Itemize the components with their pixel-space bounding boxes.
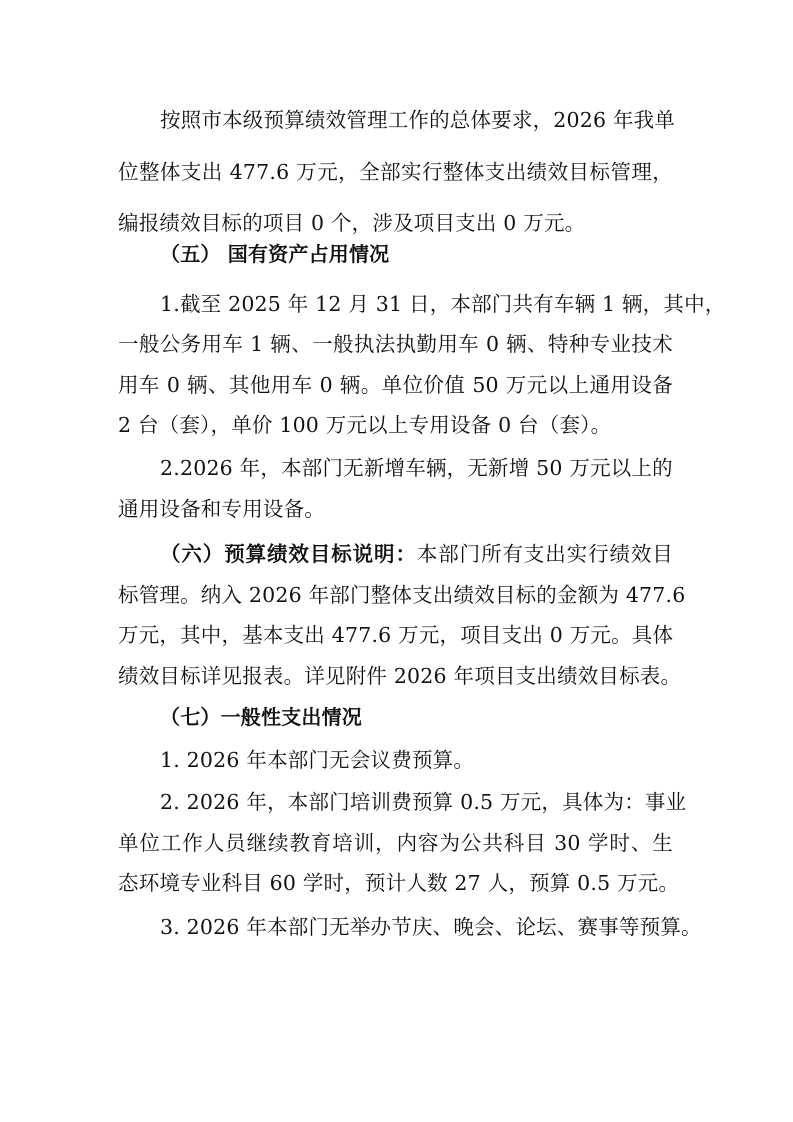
section-7-item-3-line-1: 3. 2026 年本部门无举办节庆、晚会、论坛、赛事等预算。 — [160, 913, 720, 941]
paragraph-performance-intro-line-2: 位整体支出 477.6 万元，全部实行整体支出绩效目标管理， — [118, 158, 673, 186]
section-7-item-2-line-2: 单位工作人员继续教育培训，内容为公共科目 30 学时、生 — [118, 829, 673, 857]
section-6-line-3: 万元，其中，基本支出 477.6 万元，项目支出 0 万元。具体 — [118, 621, 673, 649]
section-6-line-1: （六）预算绩效目标说明：本部门所有支出实行绩效目 — [160, 540, 673, 568]
section-5-item-1-line-1: 1.截至 2025 年 12 月 31 日，本部门共有车辆 1 辆，其中， — [160, 290, 673, 318]
section-5-item-2-line-1: 2.2026 年，本部门无新增车辆，无新增 50 万元以上的 — [160, 454, 720, 482]
section-6-heading: （六）预算绩效目标说明： — [160, 542, 417, 566]
section-5-item-2-line-2: 通用设备和专用设备。 — [118, 495, 678, 523]
section-7-item-2-line-3: 态环境专业科目 60 学时，预计人数 27 人，预算 0.5 万元。 — [118, 869, 678, 897]
section-7-heading: （七）一般性支出情况 — [160, 703, 720, 731]
section-7-item-2-line-1: 2. 2026 年，本部门培训费预算 0.5 万元，具体为：事业 — [160, 788, 673, 816]
section-6-line-2: 标管理。纳入 2026 年部门整体支出绩效目标的金额为 477.6 — [118, 581, 673, 609]
section-6-line-1-text: 本部门所有支出实行绩效目 — [417, 542, 673, 566]
section-5-item-1-line-2: 一般公务用车 1 辆、一般执法执勤用车 0 辆、特种专业技术 — [118, 330, 673, 358]
paragraph-performance-intro-line-1: 按照市本级预算绩效管理工作的总体要求，2026 年我单 — [160, 106, 673, 134]
paragraph-performance-intro-line-3: 编报绩效目标的项目 0 个，涉及项目支出 0 万元。 — [118, 209, 678, 237]
document-page: 按照市本级预算绩效管理工作的总体要求，2026 年我单 位整体支出 477.6 … — [0, 0, 793, 1122]
section-5-heading: （五） 国有资产占用情况 — [160, 240, 720, 268]
section-6-line-4: 绩效目标详见报表。详见附件 2026 年项目支出绩效目标表。 — [118, 662, 673, 690]
section-7-item-1-line-1: 1. 2026 年本部门无会议费预算。 — [160, 746, 720, 774]
section-5-item-1-line-4: 2 台（套），单价 100 万元以上专用设备 0 台（套）。 — [118, 411, 678, 439]
section-5-item-1-line-3: 用车 0 辆、其他用车 0 辆。单位价值 50 万元以上通用设备 — [118, 371, 673, 399]
